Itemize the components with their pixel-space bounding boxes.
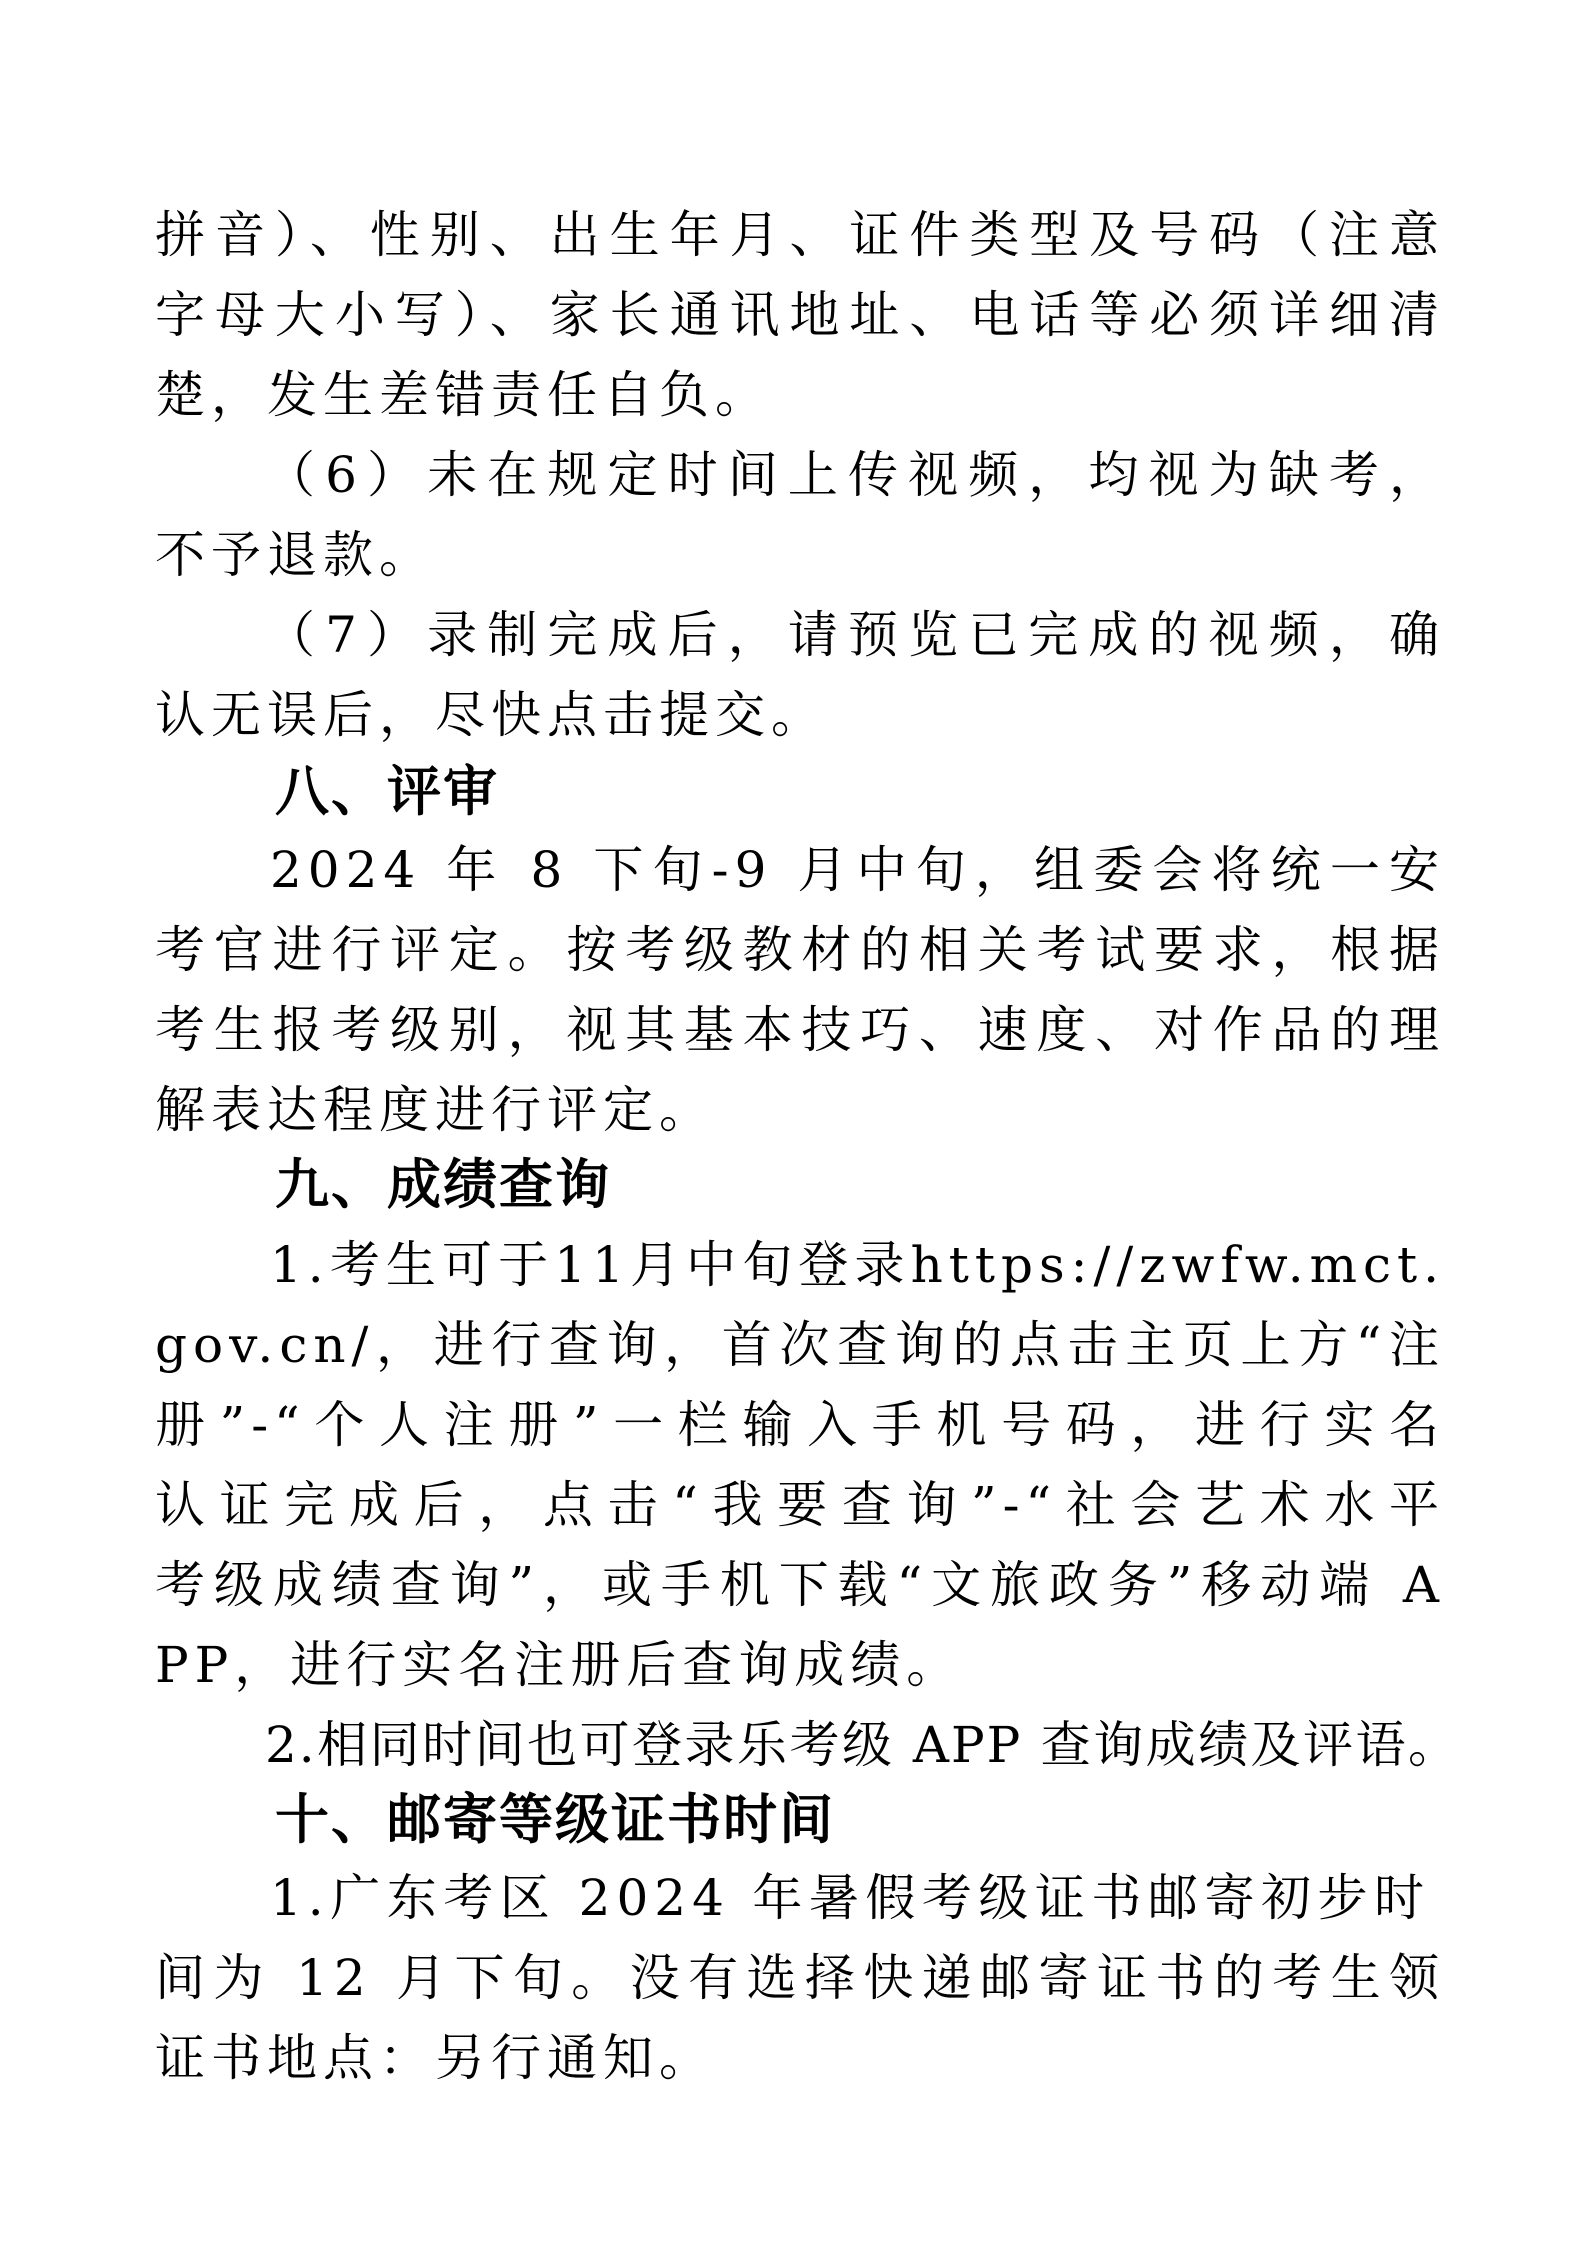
intro-line-3: 楚，发生差错责任自负。	[155, 355, 1445, 435]
section-9-item-1-line-6: PP，进行实名注册后查询成绩。	[155, 1625, 1445, 1705]
section-8-heading: 八、评审	[275, 752, 499, 832]
item-7-line-1: （7）录制完成后，请预览已完成的视频，确	[265, 595, 1445, 675]
section-9-item-1-line-3: 册”-“个人注册”一栏输入手机号码，进行实名	[155, 1385, 1445, 1465]
section-9-item-1-line-2: gov.cn/，进行查询，首次查询的点击主页上方“注	[155, 1305, 1445, 1385]
document-page: 拼音）、性别、出生年月、证件类型及号码（注意 字母大小写）、家长通讯地址、电话等…	[0, 0, 1587, 2245]
section-9-item-1-line-4: 认证完成后，点击“我要查询”-“社会艺术水平	[155, 1465, 1445, 1545]
section-10-item-1-line-1: 1.广东考区 2024 年暑假考级证书邮寄初步时	[270, 1858, 1430, 1938]
section-8-line-2: 考官进行评定。按考级教材的相关考试要求，根据	[155, 910, 1445, 990]
section-9-item-1-line-1: 1.考生可于11月中旬登录https://zwfw.mct.	[270, 1225, 1445, 1305]
section-10-heading: 十、邮寄等级证书时间	[275, 1780, 835, 1860]
section-8-line-3: 考生报考级别，视其基本技巧、速度、对作品的理	[155, 990, 1445, 1070]
section-10-item-1-line-2: 间为 12 月下旬。没有选择快递邮寄证书的考生领取	[155, 1938, 1445, 2018]
section-9-item-2: 2.相同时间也可登录乐考级 APP 查询成绩及评语。	[265, 1705, 1460, 1785]
section-9-heading: 九、成绩查询	[275, 1145, 611, 1225]
item-6-line-1: （6）未在规定时间上传视频，均视为缺考，	[265, 435, 1445, 515]
section-10-item-1-line-3: 证书地点：另行通知。	[155, 2018, 1445, 2098]
intro-line-2: 字母大小写）、家长通讯地址、电话等必须详细清	[155, 275, 1445, 355]
section-8-line-1: 2024 年 8 下旬-9 月中旬，组委会将统一安排	[270, 830, 1445, 910]
intro-line-1: 拼音）、性别、出生年月、证件类型及号码（注意	[155, 195, 1445, 275]
section-9-item-1-line-5: 考级成绩查询”，或手机下载“文旅政务”移动端 A	[155, 1545, 1445, 1625]
item-7-line-2: 认无误后，尽快点击提交。	[155, 675, 1445, 755]
section-8-line-4: 解表达程度进行评定。	[155, 1070, 1445, 1150]
item-6-line-2: 不予退款。	[155, 515, 1445, 595]
